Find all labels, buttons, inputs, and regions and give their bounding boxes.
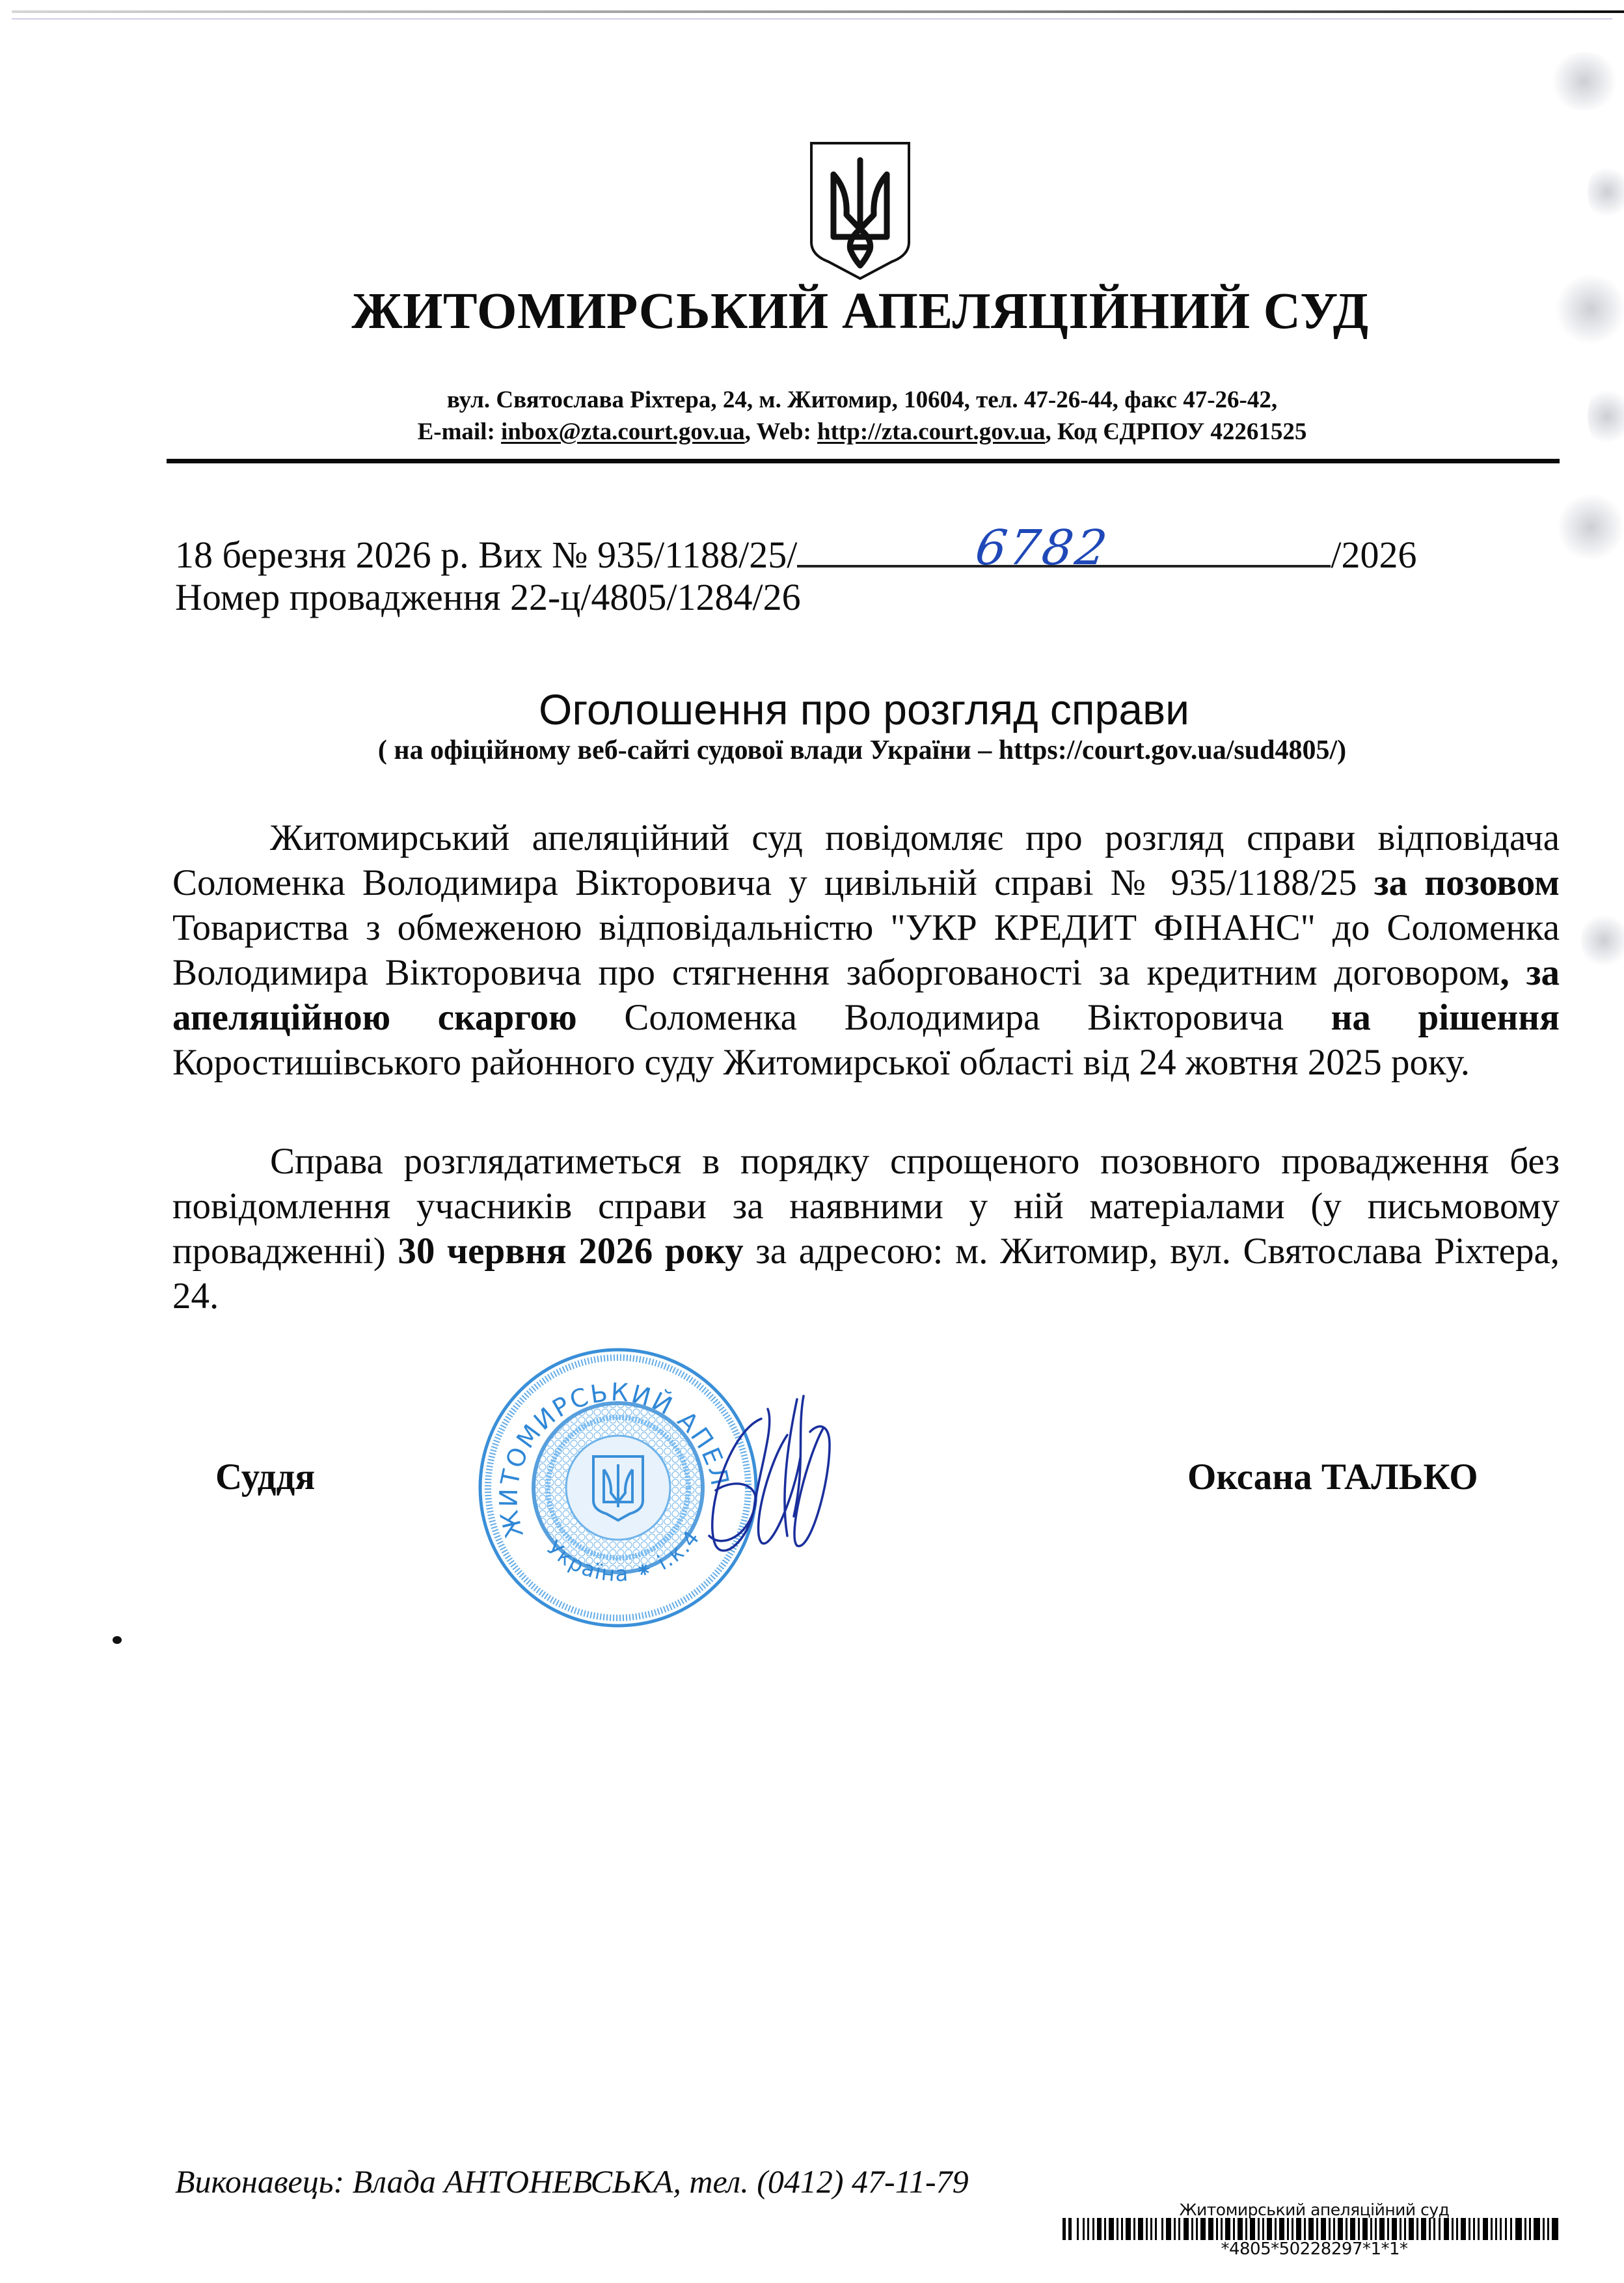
court-address: вул. Святослава Ріхтера, 24, м. Житомир,…	[0, 385, 1624, 415]
edrpou-code: , Код ЄДРПОУ 42261525	[1045, 418, 1306, 445]
hearing-date: 30 червня 2026 року	[398, 1231, 743, 1272]
paragraph-text: Соломенка Володимира Вікторовича	[577, 997, 1331, 1038]
notice-title: Оголошення про розгляд справи	[0, 685, 1624, 734]
paragraph-text: Житомирський апеляційний суд повідомляє …	[172, 817, 1560, 903]
outgoing-date-and-number: 18 березня 2026 р. Вих № 935/1188/25/	[175, 534, 797, 576]
barcode-label: Житомирський апеляційний суд	[1174, 2201, 1454, 2219]
barcode-number: *4805*50228297*1*1*	[1210, 2239, 1418, 2259]
scan-edge-line	[12, 10, 1624, 13]
judge-role-label: Суддя	[215, 1455, 315, 1500]
scan-speckle	[1555, 495, 1624, 560]
paragraph-text: Товариства з обмеженою відповідальністю …	[172, 907, 1560, 993]
judge-name: Оксана ТАЛЬКО	[1187, 1455, 1478, 1500]
email-label: E-mail:	[418, 418, 501, 445]
header-divider	[167, 459, 1560, 463]
web-link[interactable]: http://zta.court.gov.ua	[817, 418, 1045, 445]
notice-subtitle: ( на офіційному веб-сайті судової влади …	[0, 734, 1624, 767]
paragraph-bold-text: на рішення	[1331, 997, 1560, 1038]
scan-speckle	[1581, 911, 1624, 970]
outgoing-year-suffix: /2026	[1331, 534, 1416, 576]
executor-contact: Виконавець: Влада АНТОНЕВСЬКА, тел. (041…	[175, 2162, 969, 2201]
document-barcode	[1062, 2218, 1562, 2240]
court-name-heading: ЖИТОМИРСЬКИЙ АПЕЛЯЦІЙНИЙ СУД	[0, 282, 1624, 341]
email-link[interactable]: inbox@zta.court.gov.ua	[501, 418, 745, 445]
judge-signature	[690, 1386, 852, 1562]
proceeding-number: Номер провадження 22-ц/4805/1284/26	[175, 576, 801, 618]
scan-speckle	[1588, 163, 1624, 221]
notice-paragraph-hearing: Справа розглядатиметься в порядку спроще…	[172, 1139, 1560, 1319]
outgoing-reference-line: 18 березня 2026 р. Вих № 935/1188/25//20…	[175, 534, 1416, 576]
scan-edge-line-faint	[12, 18, 1612, 20]
paragraph-text: Коростишівського районного суду Житомирс…	[172, 1042, 1470, 1083]
scan-dot-artifact	[113, 1636, 122, 1644]
handwritten-outgoing-number: 6782	[972, 522, 1113, 574]
paragraph-bold-text: за позовом	[1374, 862, 1560, 903]
web-label: , Web:	[745, 418, 817, 445]
notice-paragraph-case: Житомирський апеляційний суд повідомляє …	[172, 815, 1560, 1085]
court-contacts: E-mail: inbox@zta.court.gov.ua, Web: htt…	[0, 417, 1624, 447]
scan-speckle	[1549, 52, 1620, 111]
coat-of-arms-icon	[807, 138, 913, 282]
